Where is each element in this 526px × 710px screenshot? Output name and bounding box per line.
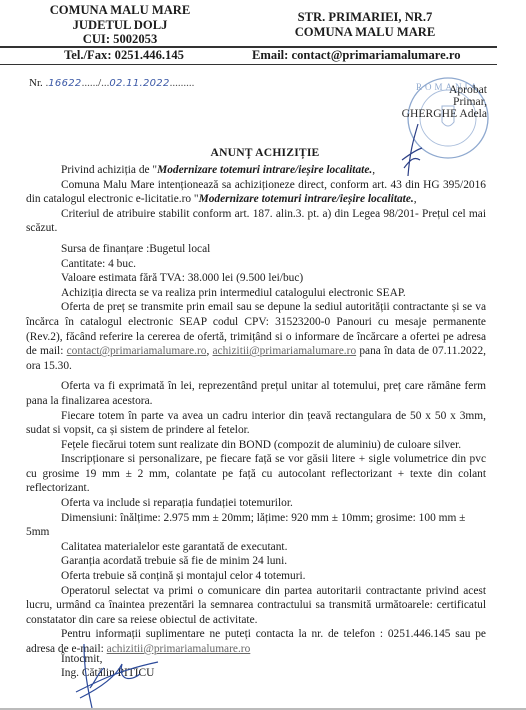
document-page: COMUNA MALU MARE JUDETUL DOLJ CUI: 50020… (0, 0, 526, 710)
letterhead-cui: CUI: 5002053 (40, 32, 200, 47)
letterhead-street: STR. PRIMARIEI, NR.7 (285, 10, 445, 25)
procurement-email-link[interactable]: achizitii@primariamalumare.ro (213, 345, 357, 357)
paragraph-faces: Fețele fiecărui totem sunt realizate din… (26, 438, 486, 453)
paragraph-subject: Privind achiziția de "Modernizare totemu… (26, 163, 486, 178)
approval-block: Aprobat Primar, GHERGHE Adela (398, 84, 487, 119)
paragraph-dimensions: Dimensiuni: înălțime: 2.975 mm ± 20mm; l… (26, 511, 486, 540)
paragraph-installation: Oferta trebuie să conțină și montajul ce… (26, 569, 486, 584)
header-divider-bottom (0, 64, 497, 65)
letterhead-email: Email: contact@primariamalumare.ro (252, 48, 461, 63)
paragraph-quality: Calitatea materialelor este garantată de… (26, 540, 486, 555)
contact-email-link[interactable]: contact@primariamalumare.ro (67, 345, 207, 357)
paragraph-frame: Fiecare totem în parte va avea un cadru … (26, 409, 486, 438)
document-title: ANUNȚ ACHIZIȚIE (0, 146, 526, 159)
signer-signature-icon (70, 640, 170, 710)
paragraph-procedure: Achiziția directa se va realiza prin int… (26, 286, 486, 301)
letterhead-left: COMUNA MALU MARE JUDETUL DOLJ CUI: 50020… (40, 3, 200, 47)
approval-name: GHERGHE Adela (398, 108, 487, 120)
document-body: Privind achiziția de "Modernizare totemu… (26, 163, 486, 657)
letterhead-locality: COMUNA MALU MARE (285, 25, 445, 40)
paragraph-offer-submission: Oferta de preț se transmite prin email s… (26, 300, 486, 373)
paragraph-offer-currency: Oferta va fi exprimată în lei, reprezent… (26, 379, 486, 408)
paragraph-foundation: Oferta va include si reparația fundației… (26, 496, 486, 511)
registration-prefix: Nr. (29, 77, 43, 89)
letterhead-commune: COMUNA MALU MARE (40, 3, 200, 18)
paragraph-funding: Sursa de finanțare :Bugetul local (26, 242, 486, 257)
paragraph-criterion: Criteriul de atribuire stabilit conform … (26, 207, 486, 236)
paragraph-warranty: Garanția acordată trebuie să fie de mini… (26, 554, 486, 569)
paragraph-quantity: Cantitate: 4 buc. (26, 257, 486, 272)
registration-number-value: 16622 (48, 78, 81, 89)
paragraph-selected-operator: Operatorul selectat va primi o comunicar… (26, 584, 486, 628)
letterhead-right: STR. PRIMARIEI, NR.7 COMUNA MALU MARE (285, 10, 445, 40)
approval-role: Primar, (398, 96, 487, 108)
letterhead-county: JUDETUL DOLJ (40, 18, 200, 33)
registration-number: Nr. .16622....../...02.11.2022......... (29, 77, 194, 89)
paragraph-inscription: Inscripționare si personalizare, pe fiec… (26, 452, 486, 496)
registration-date: 02.11.2022 (109, 78, 169, 89)
paragraph-intent: Comuna Malu Mare intenționează sa achizi… (26, 178, 486, 207)
paragraph-value: Valoare estimata fără TVA: 38.000 lei (9… (26, 271, 486, 286)
letterhead-phone: Tel./Fax: 0251.446.145 (33, 48, 215, 63)
